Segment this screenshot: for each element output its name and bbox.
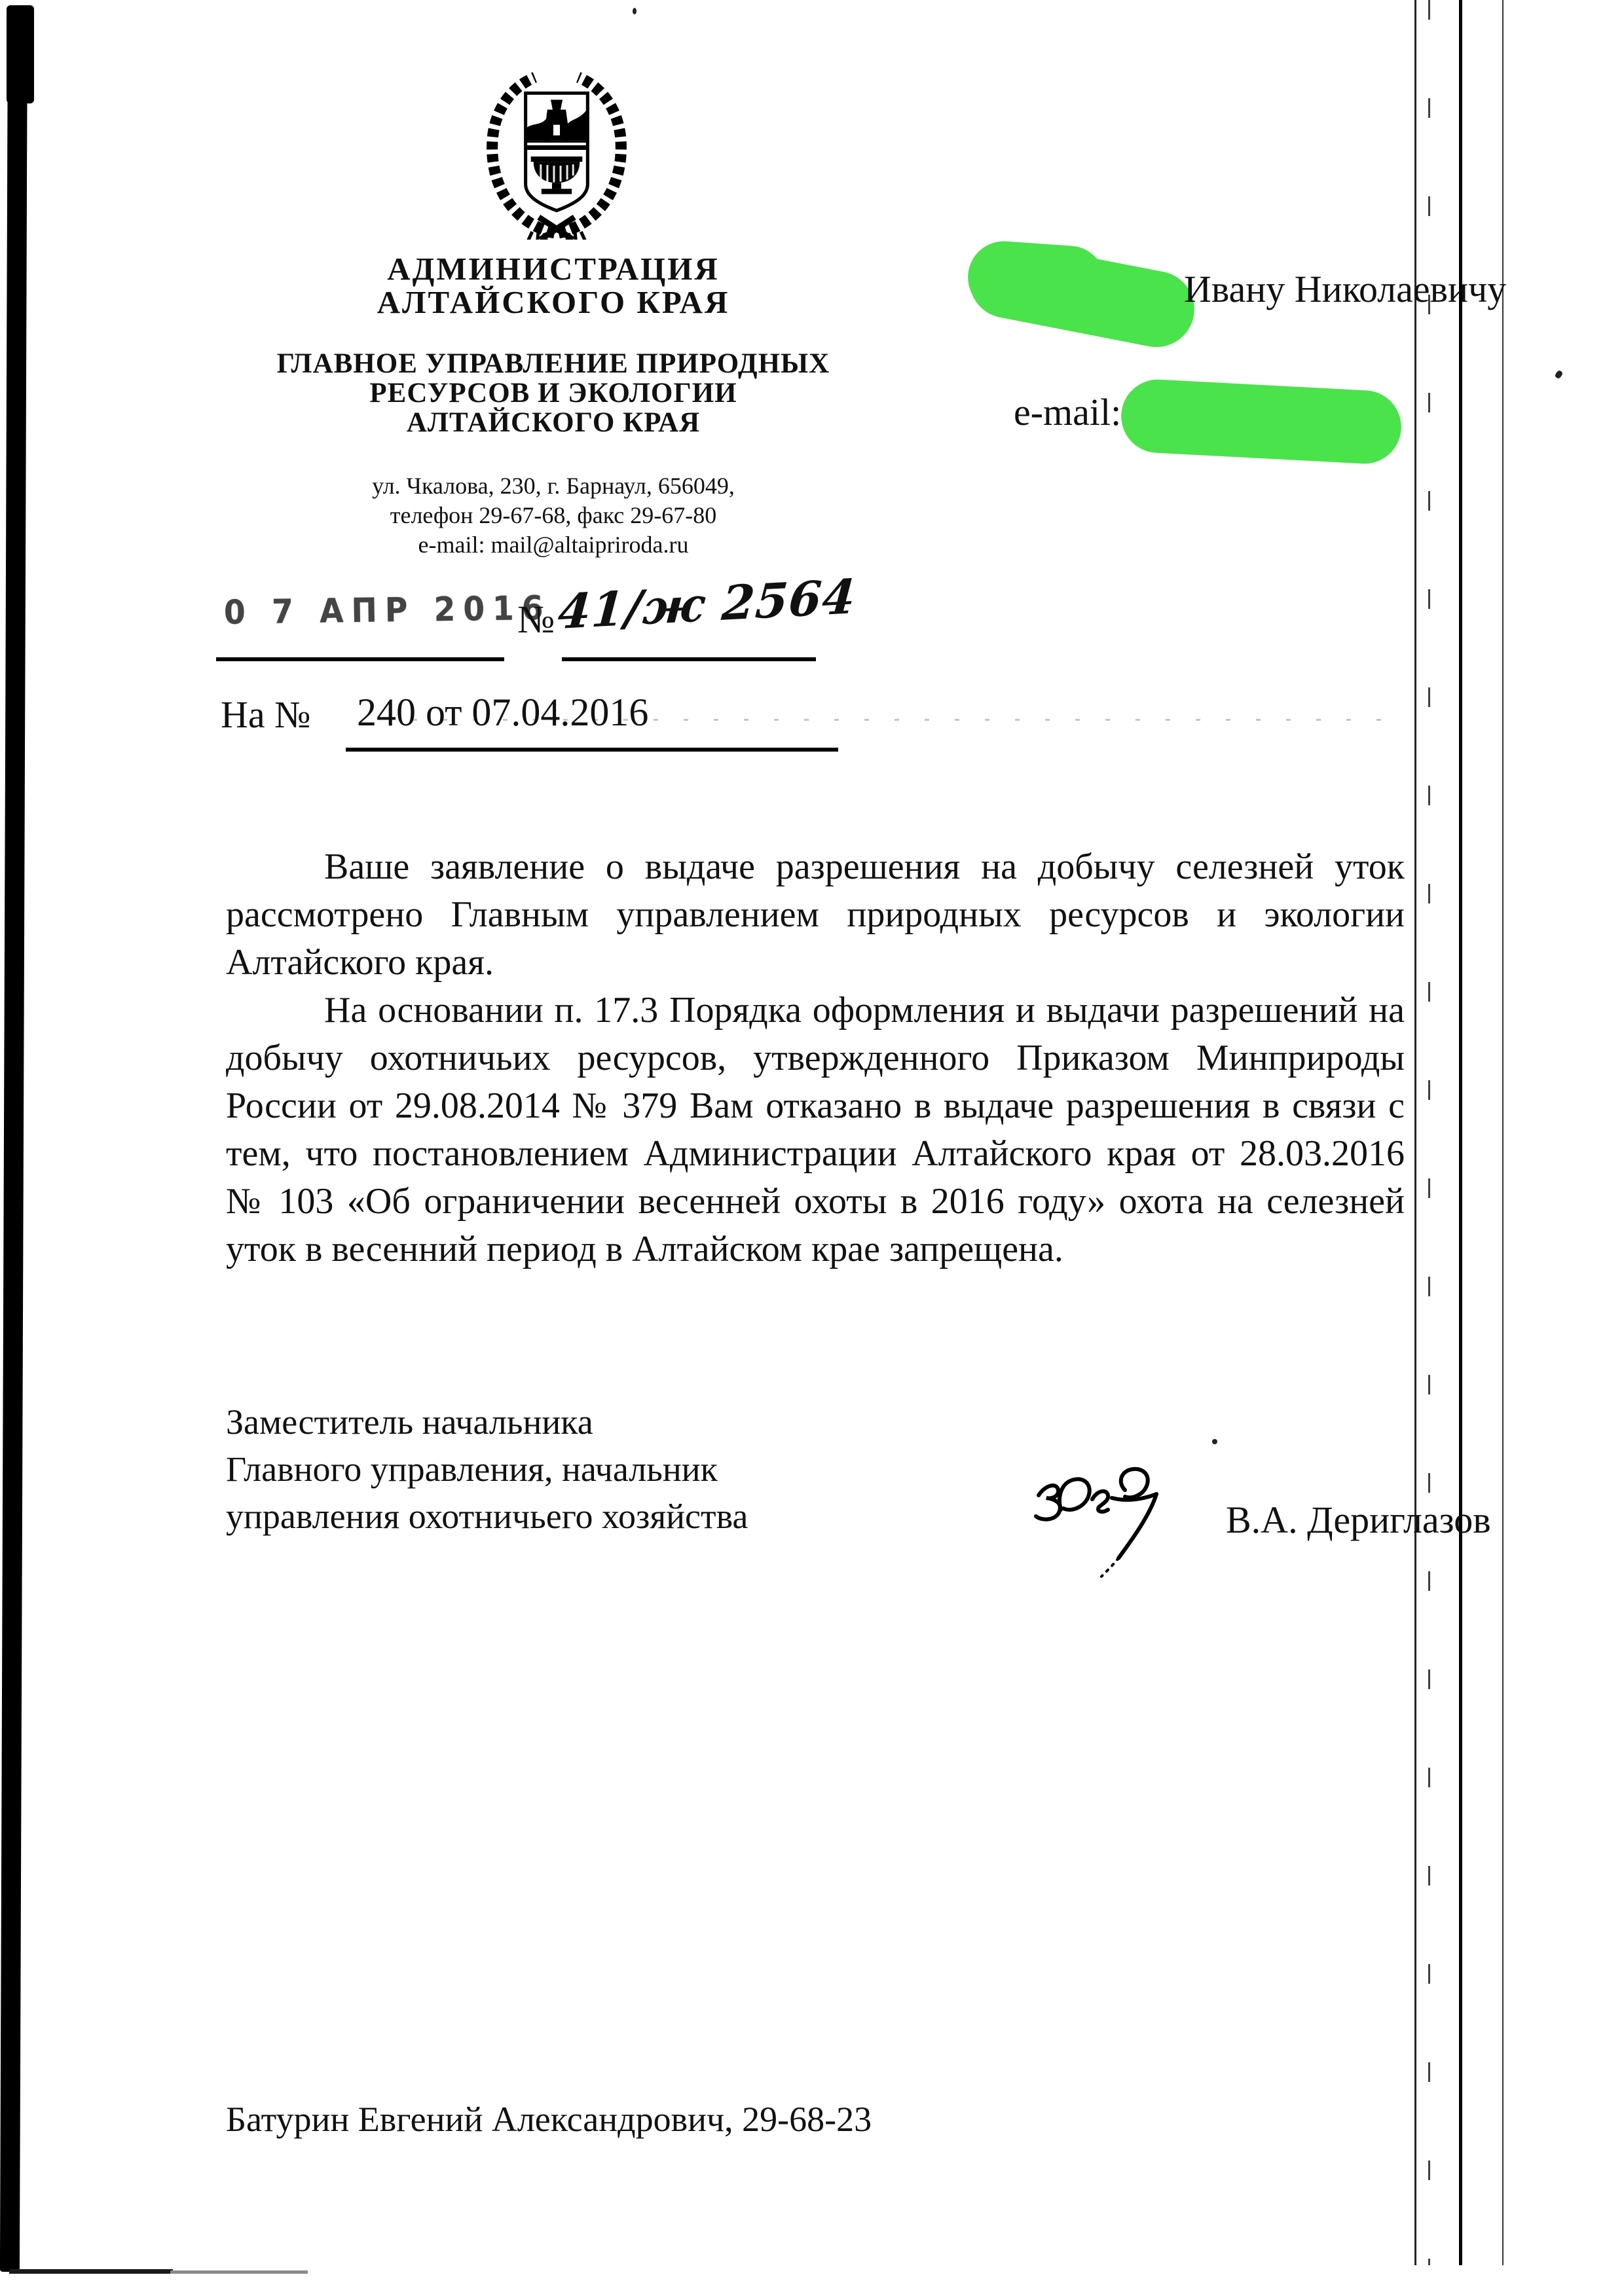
reply-underline [346, 748, 838, 752]
scan-artifact-bottom-line-faint [170, 2270, 308, 2274]
scan-speck [1212, 1439, 1217, 1444]
handwritten-outgoing-number: 41/ж 2564 [556, 568, 857, 640]
scan-speck [633, 8, 637, 14]
department-line2: РЕСУРСОВ И ЭКОЛОГИИ [190, 378, 917, 408]
scanned-letter-page: АДМИНИСТРАЦИЯ АЛТАЙСКОГО КРАЯ ГЛАВНОЕ УП… [0, 0, 1624, 2296]
position-line2: Главного управления, начальник [226, 1446, 748, 1493]
handwritten-signature [1028, 1461, 1198, 1599]
body-paragraph-2: На основании п. 17.3 Порядка оформления … [226, 987, 1405, 1273]
signer-name: В.А. Дериглазов [1226, 1498, 1491, 1542]
reply-to-value: 240 от 07.04.2016 [357, 690, 648, 735]
org-name-line1: АДМИНИСТРАЦИЯ [190, 254, 917, 284]
altai-krai-coat-of-arms [474, 68, 639, 240]
number-underline [562, 657, 816, 661]
scan-artifact-left-bar-cap [7, 5, 34, 103]
scan-artifact-bottom-line [9, 2269, 173, 2274]
reply-to-label: На № [221, 693, 310, 737]
recipient-email-label: e-mail: [1014, 390, 1121, 434]
department-line3: АЛТАЙСКОГО КРАЯ [190, 408, 917, 437]
signature-position-block: Заместитель начальника Главного управлен… [226, 1398, 748, 1540]
scan-artifact-vertical-line-1 [1414, 0, 1416, 2265]
number-sign: № [517, 597, 555, 642]
position-line3: управления охотничьего хозяйства [226, 1493, 748, 1540]
position-line1: Заместитель начальника [226, 1398, 748, 1446]
scan-artifact-vertical-line-2 [1459, 0, 1462, 2265]
department-line1: ГЛАВНОЕ УПРАВЛЕНИЕ ПРИРОДНЫХ [190, 349, 917, 378]
scan-artifact-vertical-line-dashed [1428, 0, 1430, 2265]
green-redaction-email [1119, 378, 1403, 465]
date-underline [216, 657, 504, 661]
letter-body: Ваше заявление о выдаче разрешения на до… [226, 843, 1405, 1273]
executor-contact: Батурин Евгений Александрович, 29-68-23 [226, 2099, 872, 2140]
recipient-name: Ивану Николаевичу [1184, 267, 1506, 311]
address-line: ул. Чкалова, 230, г. Барнаул, 656049, [190, 471, 917, 501]
org-name-line2: АЛТАЙСКОГО КРАЯ [190, 287, 917, 318]
scan-artifact-vertical-line-3 [1502, 0, 1504, 2265]
scan-speck [1554, 370, 1563, 380]
date-stamp: 0 7 АПР 2016 [224, 589, 551, 632]
letterhead: АДМИНИСТРАЦИЯ АЛТАЙСКОГО КРАЯ ГЛАВНОЕ УП… [190, 254, 917, 560]
body-paragraph-1: Ваше заявление о выдаче разрешения на до… [226, 843, 1405, 987]
phone-fax-line: телефон 29-67-68, факс 29-67-80 [190, 501, 917, 530]
org-email-line: e-mail: mail@altaipriroda.ru [190, 530, 917, 560]
scan-artifact-left-bar [0, 5, 28, 2272]
